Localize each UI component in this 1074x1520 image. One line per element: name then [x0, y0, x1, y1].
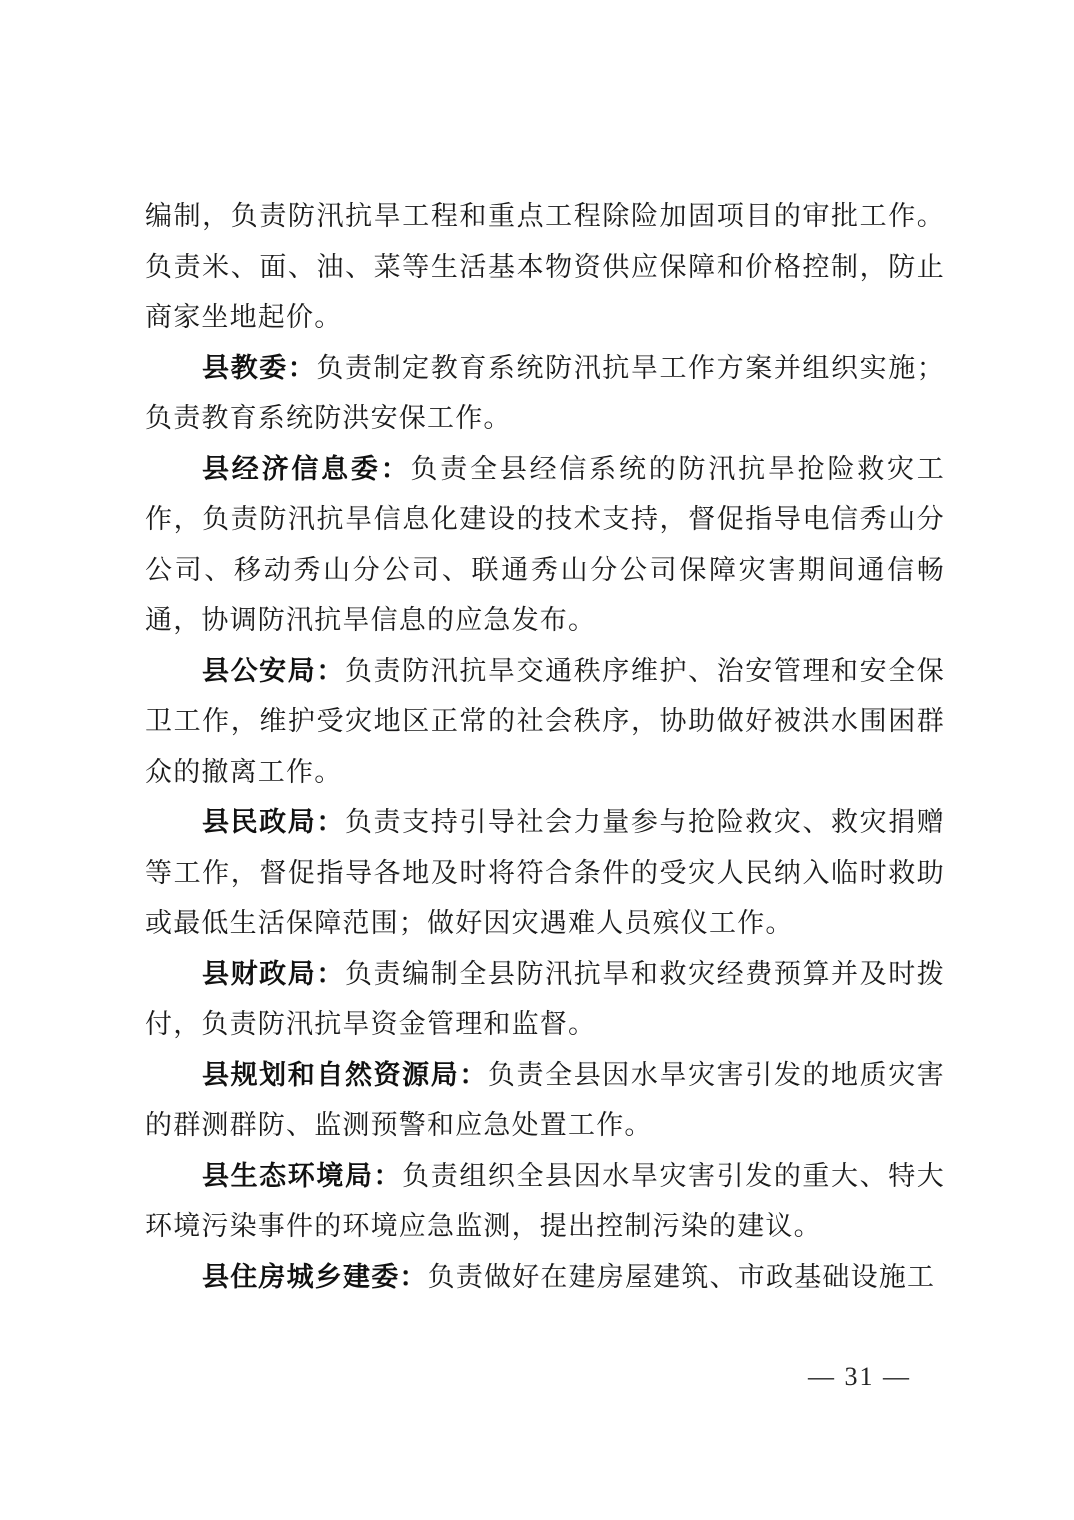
document-body: 编制，负责防汛抗旱工程和重点工程除险加固项目的审批工作。负责米、面、油、菜等生活… [145, 192, 945, 1303]
paragraph-lead: 县公安局： [202, 656, 345, 687]
paragraph-lead: 县民政局： [202, 807, 345, 838]
paragraph-lead: 县生态环境局： [202, 1161, 402, 1192]
paragraph-county-public-security-bureau: 县公安局：负责防汛抗旱交通秩序维护、治安管理和安全保卫工作，维护受灾地区正常的社… [145, 647, 945, 799]
paragraph-county-education-commission: 县教委：负责制定教育系统防汛抗旱工作方案并组织实施；负责教育系统防洪安保工作。 [145, 344, 945, 445]
paragraph-county-finance-bureau: 县财政局：负责编制全县防汛抗旱和救灾经费预算并及时拨付，负责防汛抗旱资金管理和监… [145, 950, 945, 1051]
paragraph-lead: 县教委： [202, 353, 316, 384]
paragraph-lead: 县住房城乡建委： [202, 1262, 428, 1293]
paragraph-county-economy-info-commission: 县经济信息委：负责全县经信系统的防汛抗旱抢险救灾工作，负责防汛抗旱信息化建设的技… [145, 445, 945, 647]
paragraph-county-civil-affairs-bureau: 县民政局：负责支持引导社会力量参与抢险救灾、救灾捐赠等工作，督促指导各地及时将符… [145, 798, 945, 950]
paragraph-continuation: 编制，负责防汛抗旱工程和重点工程除险加固项目的审批工作。负责米、面、油、菜等生活… [145, 192, 945, 344]
paragraph-lead: 县财政局： [202, 959, 345, 990]
page-number: — 31 — [808, 1362, 911, 1392]
paragraph-lead: 县经济信息委： [202, 454, 410, 485]
paragraph-lead: 县规划和自然资源局： [202, 1060, 488, 1091]
paragraph-county-ecology-environment-bureau: 县生态环境局：负责组织全县因水旱灾害引发的重大、特大环境污染事件的环境应急监测，… [145, 1152, 945, 1253]
paragraph-county-planning-natural-resources-bureau: 县规划和自然资源局：负责全县因水旱灾害引发的地质灾害的群测群防、监测预警和应急处… [145, 1051, 945, 1152]
paragraph-text: 编制，负责防汛抗旱工程和重点工程除险加固项目的审批工作。负责米、面、油、菜等生活… [145, 201, 945, 333]
paragraph-county-housing-urban-rural-commission: 县住房城乡建委：负责做好在建房屋建筑、市政基础设施工 [145, 1253, 945, 1304]
paragraph-text: 负责做好在建房屋建筑、市政基础设施工 [428, 1262, 936, 1293]
